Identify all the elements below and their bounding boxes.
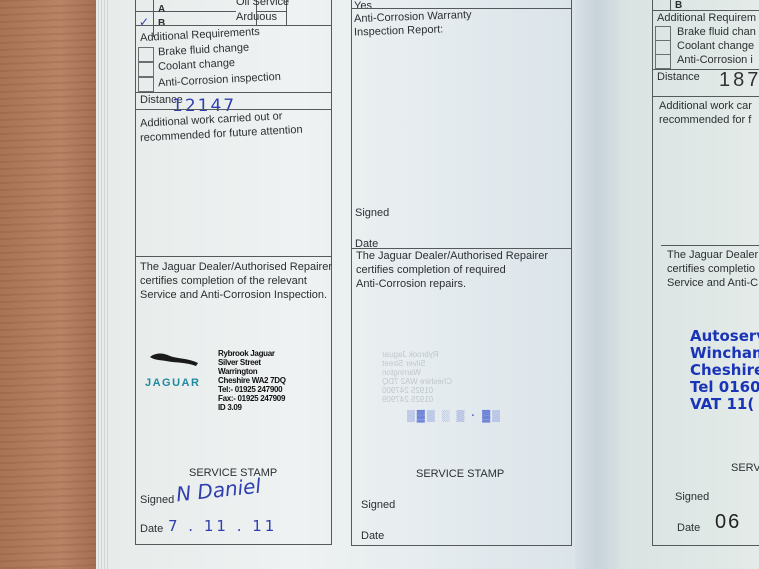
certification-line-3: Service and Anti-Corrosion Inspection. [140, 288, 327, 302]
date-value[interactable]: 06 [715, 515, 741, 529]
anti-corrosion-label: Anti-Corrosion i [677, 53, 753, 67]
coolant-checkbox[interactable] [138, 62, 154, 77]
arduous-label: Arduous [236, 10, 277, 24]
stamp-line: Tel:- 01925 247900 [218, 385, 286, 394]
distance-label: Distance [657, 70, 700, 84]
ghost-line: Warrington [382, 368, 452, 377]
stamp-line: ID 3.09 [218, 403, 286, 412]
additional-work-label-2: recommended for f [659, 113, 751, 127]
date-label: Date [140, 522, 163, 536]
book-gutter [575, 0, 625, 569]
wooden-table-surface [0, 0, 100, 569]
jaguar-leaper-icon [148, 351, 200, 369]
coolant-checkbox[interactable] [655, 40, 671, 55]
ghost-line: Cheshire WA2 7DQ [382, 377, 452, 386]
stamp-line: Silver Street [218, 358, 286, 367]
distance-value[interactable]: 187 [719, 73, 759, 87]
blue-stamp-smudge: ▒▓▒ ░ ▒ · ▓▒ [407, 409, 502, 423]
certification-line-2: certifies completion of the relevant [140, 274, 307, 288]
certification-line-3: Service and Anti-C [667, 276, 758, 290]
certification-line-3: Anti-Corrosion repairs. [356, 277, 466, 291]
additional-work-label-1: Additional work car [659, 99, 752, 113]
stamp-line: Autoservi [690, 328, 759, 345]
oil-service-label: Oil Service [236, 0, 289, 9]
service-record-right: B Additional Requirem Brake fluid chan C… [652, 0, 759, 546]
additional-requirements-label: Additional Requirem [657, 11, 756, 25]
brake-fluid-checkbox[interactable] [138, 47, 154, 62]
stamp-line: VAT 11( [690, 396, 759, 413]
stamp-line: Rybrook Jaguar [218, 349, 286, 358]
jaguar-brand-text: JAGUAR [145, 376, 200, 390]
option-a-label: A [158, 3, 165, 17]
signed-label-2: Signed [361, 498, 395, 512]
signed-label: Signed [140, 493, 174, 507]
signature[interactable]: N Daniel [176, 479, 262, 502]
date-label: Date [677, 521, 700, 535]
coolant-label: Coolant change [158, 56, 236, 74]
anti-corrosion-record: Yes Anti-Corrosion Warranty Inspection R… [351, 0, 572, 546]
option-b-checkmark[interactable]: ✓ [139, 15, 149, 29]
dealer-stamp: Rybrook Jaguar Silver Street Warrington … [218, 349, 286, 412]
stamp-line: Cheshire [690, 362, 759, 379]
brake-fluid-checkbox[interactable] [655, 26, 671, 41]
certification-line-1: The Jaguar Dealer [667, 248, 758, 262]
date-value[interactable]: 7 . 11 . 11 [168, 519, 277, 533]
service-record-left: A B ✓ Oil Service Arduous Additional Req… [135, 0, 332, 545]
brake-fluid-label: Brake fluid chan [677, 25, 756, 39]
ghost-line: 01925 247909 [382, 395, 452, 404]
ghost-line: Rybrook Jaguar [382, 350, 452, 359]
ghost-stamp-imprint: Rybrook Jaguar Silver Street Warrington … [382, 350, 452, 404]
stamp-line: Wincham [690, 345, 759, 362]
ghost-line: 01925 247900 [382, 386, 452, 395]
anti-corrosion-checkbox[interactable] [138, 77, 154, 92]
service-stamp-label: SERVICE STAMP [416, 467, 504, 481]
autoservice-stamp: Autoservi Wincham Cheshire Tel 0160 VAT … [690, 328, 759, 413]
date-label-2: Date [361, 529, 384, 543]
coolant-label: Coolant change [677, 39, 754, 53]
report-title-2: Inspection Report: [354, 22, 444, 39]
ghost-line: Silver Street [382, 359, 452, 368]
distance-value[interactable]: 12147 [172, 99, 236, 113]
certification-line-2: certifies completio [667, 262, 755, 276]
stamp-line: Fax:- 01925 247909 [218, 394, 286, 403]
certification-line-1: The Jaguar Dealer/Authorised Repairer [356, 249, 548, 263]
signed-label: Signed [675, 490, 709, 504]
certification-line-1: The Jaguar Dealer/Authorised Repairer [140, 260, 332, 274]
certification-line-2: certifies completion of required [356, 263, 506, 277]
stamp-line: Cheshire WA2 7DQ [218, 376, 286, 385]
signed-label: Signed [355, 206, 389, 220]
anti-corrosion-checkbox[interactable] [655, 54, 671, 69]
service-stamp-label: SERV [731, 461, 759, 475]
stamp-line: Tel 0160 [690, 379, 759, 396]
stamp-line: Warrington [218, 367, 286, 376]
